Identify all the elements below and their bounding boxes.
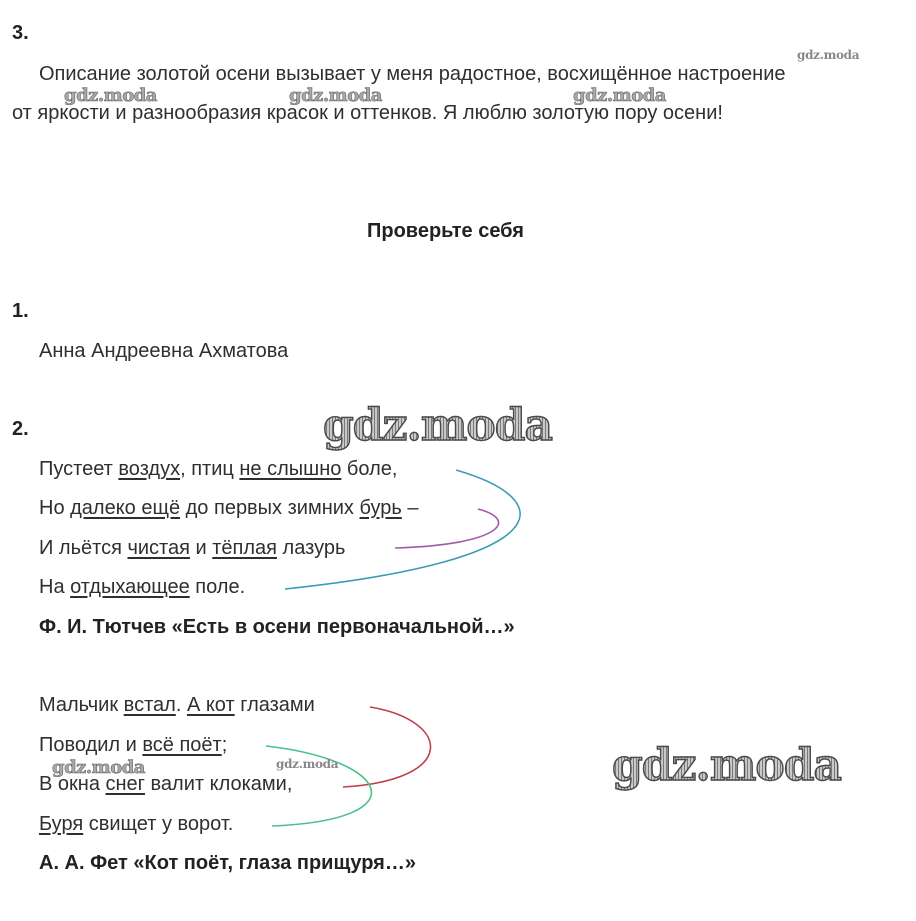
text-segment: свищет у ворот. [83, 813, 233, 835]
poem-fet-line: Мальчик встал. А кот глазами [39, 694, 315, 717]
underlined-word: Буря [39, 813, 83, 835]
underlined-word: чистая [127, 537, 189, 559]
text-segment: . [176, 694, 187, 716]
watermark: gdz.moda [289, 85, 382, 106]
text-segment: лазурь [277, 537, 345, 559]
poem-tyutchev-line: Но далеко ещё до первых зимних бурь – [39, 497, 419, 520]
underlined-word: далеко ещё [70, 497, 180, 519]
underlined-word: бурь [359, 497, 401, 519]
question-number-2: 2. [12, 418, 29, 441]
rhyme-arc-outer [285, 470, 520, 589]
watermark-large: gdz.moda [612, 740, 841, 791]
watermark: gdz.moda [573, 85, 666, 106]
section3-text-line1: Описание золотой осени вызывает у меня р… [39, 63, 786, 86]
poem-tyutchev-attribution: Ф. И. Тютчев «Есть в осени первоначально… [39, 616, 515, 639]
section-heading: Проверьте себя [367, 220, 524, 243]
watermark: gdz.moda [64, 85, 157, 106]
watermark: gdz.moda [276, 757, 338, 771]
underlined-word: отдыхающее [70, 576, 190, 598]
text-segment: Но [39, 497, 70, 519]
text-segment: На [39, 576, 70, 598]
text-segment: поле. [190, 576, 245, 598]
text-segment: ; [222, 734, 228, 756]
text-segment: и [190, 537, 212, 559]
text-segment: Мальчик [39, 694, 124, 716]
text-segment: до первых зимних [180, 497, 359, 519]
poem-tyutchev-line: На отдыхающее поле. [39, 576, 245, 599]
poem-tyutchev-line: И льётся чистая и тёплая лазурь [39, 537, 345, 560]
underlined-word: воздух [118, 458, 180, 480]
section-number-3: 3. [12, 22, 29, 45]
watermark-large: gdz.moda [323, 400, 552, 451]
text-segment: валит клоками, [145, 773, 292, 795]
watermark: gdz.moda [797, 48, 859, 62]
underlined-word: не слышно [239, 458, 341, 480]
text-segment: , птиц [180, 458, 239, 480]
poem-fet-line: Поводил и всё поёт; [39, 734, 227, 757]
underlined-word: тёплая [212, 537, 277, 559]
text-segment: глазами [235, 694, 315, 716]
poem-fet-line: Буря свищет у ворот. [39, 813, 233, 836]
rhyme-arc-first [343, 707, 431, 787]
text-segment: – [402, 497, 419, 519]
underlined-word: всё поёт [142, 734, 221, 756]
watermark: gdz.moda [52, 757, 145, 778]
text-segment: И льётся [39, 537, 127, 559]
underlined-word: встал [124, 694, 176, 716]
poem-fet-attribution: А. А. Фет «Кот поёт, глаза прищуря…» [39, 852, 416, 875]
text-segment: Пустеет [39, 458, 118, 480]
underlined-word: А кот [187, 694, 235, 716]
question1-answer: Анна Андреевна Ахматова [39, 340, 288, 363]
question-number-1: 1. [12, 300, 29, 323]
text-segment: боле, [341, 458, 397, 480]
poem-tyutchev-line: Пустеет воздух, птиц не слышно боле, [39, 458, 397, 481]
text-segment: Поводил и [39, 734, 142, 756]
